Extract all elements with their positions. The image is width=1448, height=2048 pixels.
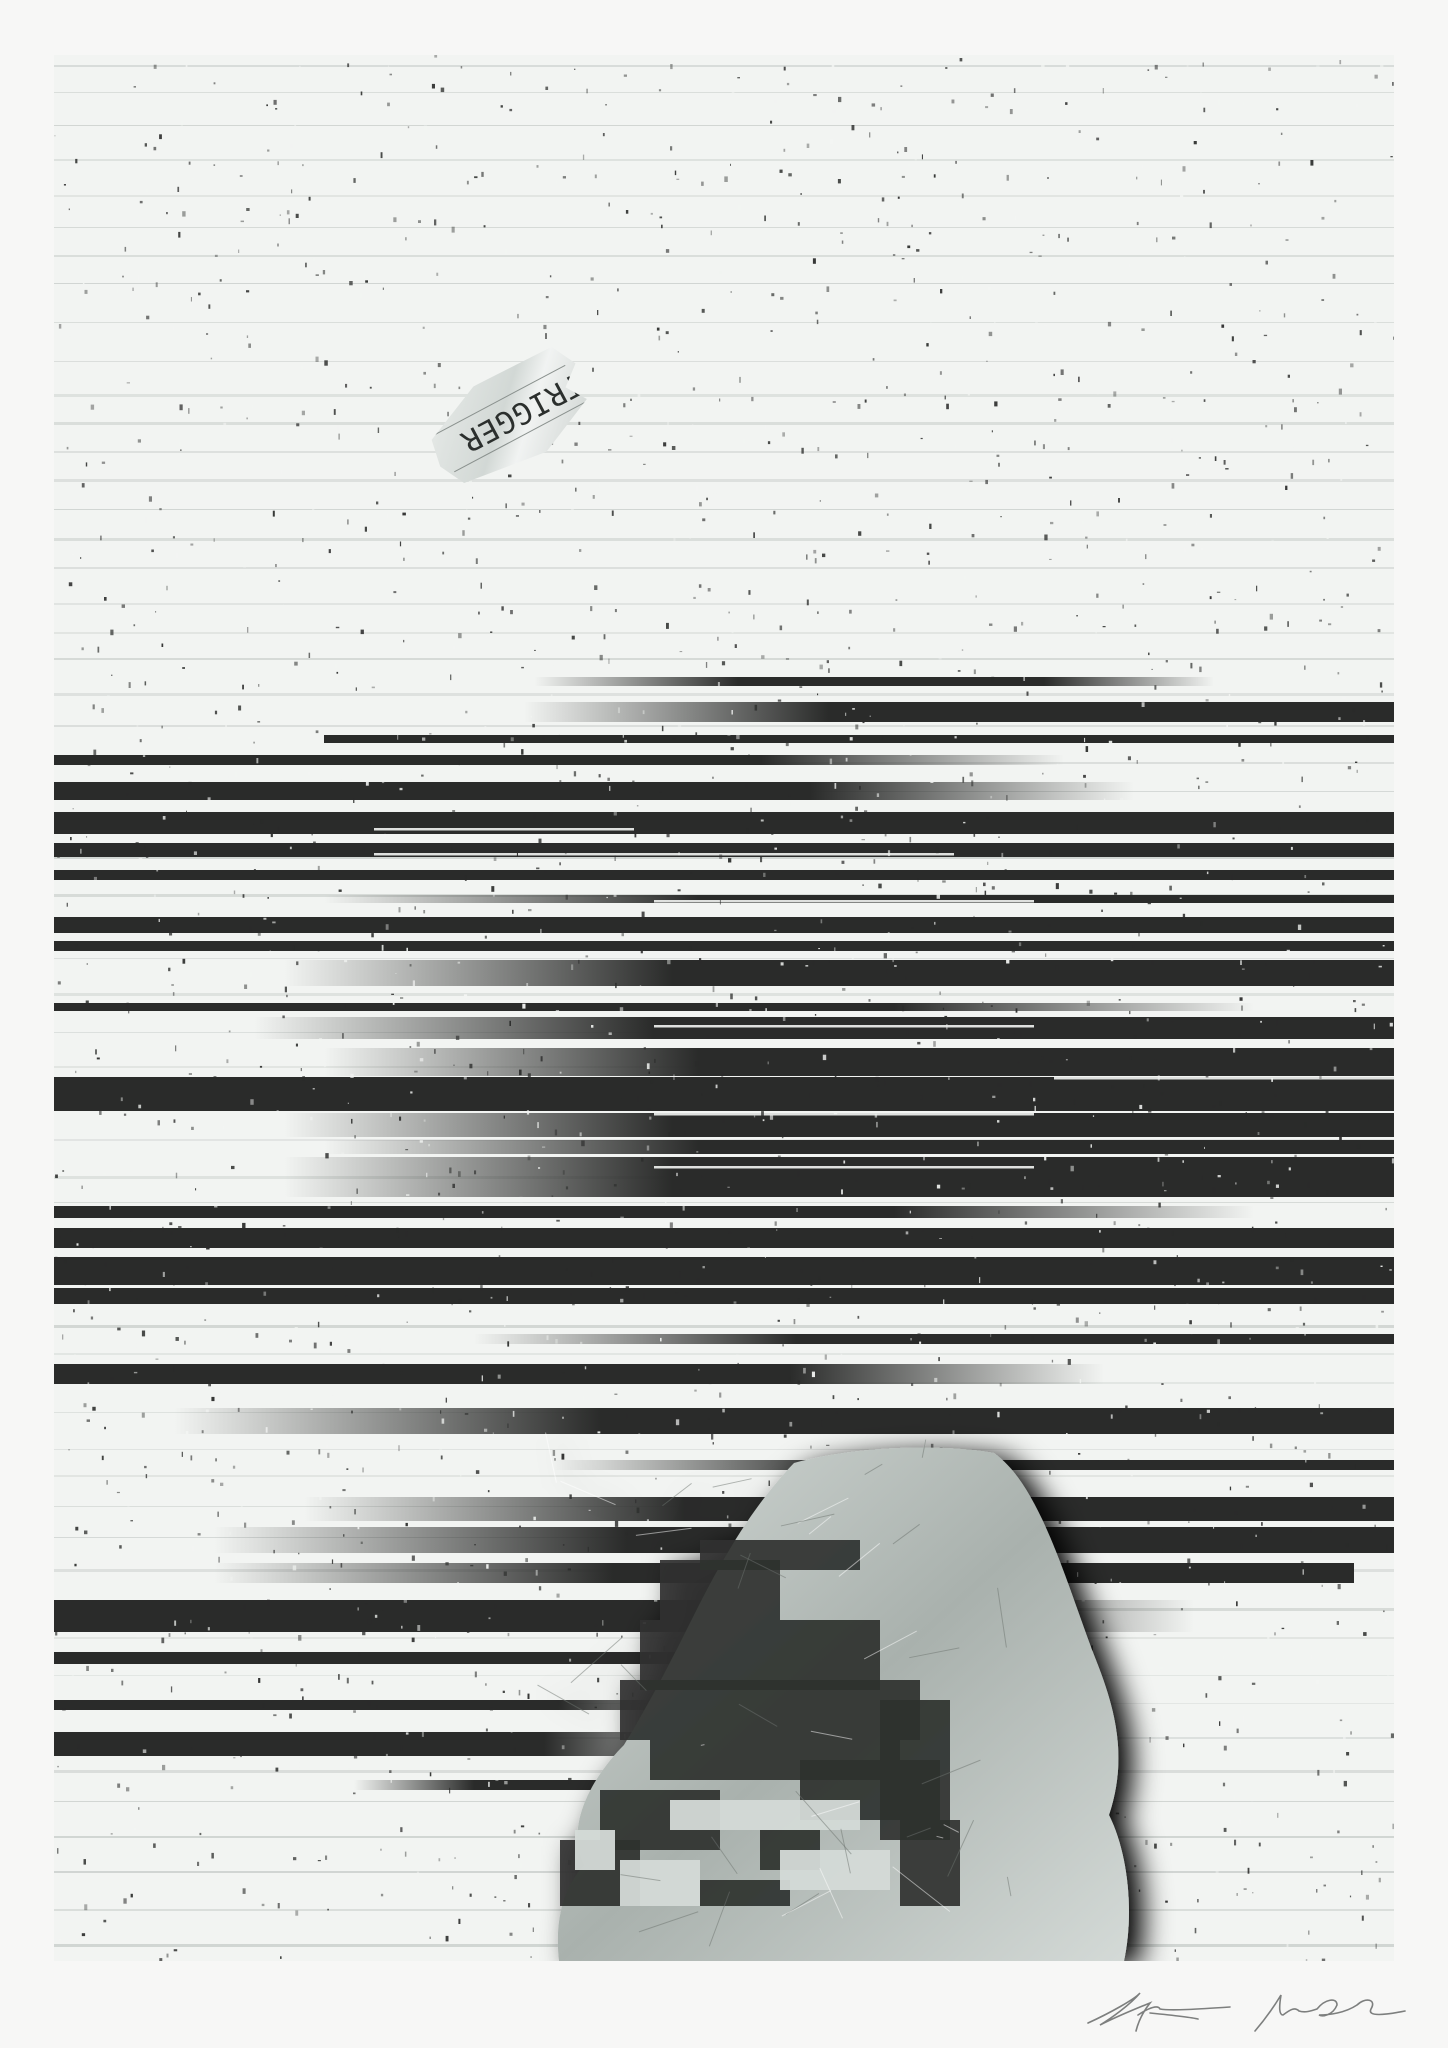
ink-stripe: [54, 1077, 1394, 1111]
paper-sheet: TRIGGER: [0, 0, 1448, 2048]
ink-stripe: [284, 960, 1394, 986]
signature-scribble-icon: [1245, 1985, 1410, 2035]
ink-stripe: [474, 1334, 1394, 1344]
ink-stripe: [524, 702, 1394, 722]
signature-left: [1080, 1985, 1240, 2035]
ink-stripe: [54, 1228, 1394, 1248]
ink-stripe: [54, 917, 1394, 933]
ink-stripe: [54, 1003, 1254, 1011]
artwork-print: TRIGGER: [54, 55, 1394, 1961]
ink-stripe: [54, 941, 1394, 951]
ink-stripe: [54, 755, 1064, 765]
ink-stripe: [284, 1113, 1394, 1137]
ink-stripe: [54, 870, 1394, 880]
ink-stripe: [174, 1408, 1394, 1434]
signature-right: [1245, 1985, 1410, 2035]
ink-stripe: [284, 1157, 1394, 1197]
ink-stripe: [54, 1206, 1254, 1218]
ink-stripe: [54, 1364, 1104, 1384]
ink-stripe: [254, 1017, 1394, 1039]
ink-stripe: [54, 1288, 1394, 1304]
ink-stripe: [324, 1140, 1394, 1154]
ink-stripe: [534, 677, 1214, 686]
signature-scribble-icon: [1080, 1985, 1240, 2035]
ink-stripe: [324, 735, 1394, 743]
ink-stripe: [54, 812, 1394, 834]
stripe-composition: [54, 55, 1394, 1961]
ink-stripe: [54, 1257, 1394, 1285]
